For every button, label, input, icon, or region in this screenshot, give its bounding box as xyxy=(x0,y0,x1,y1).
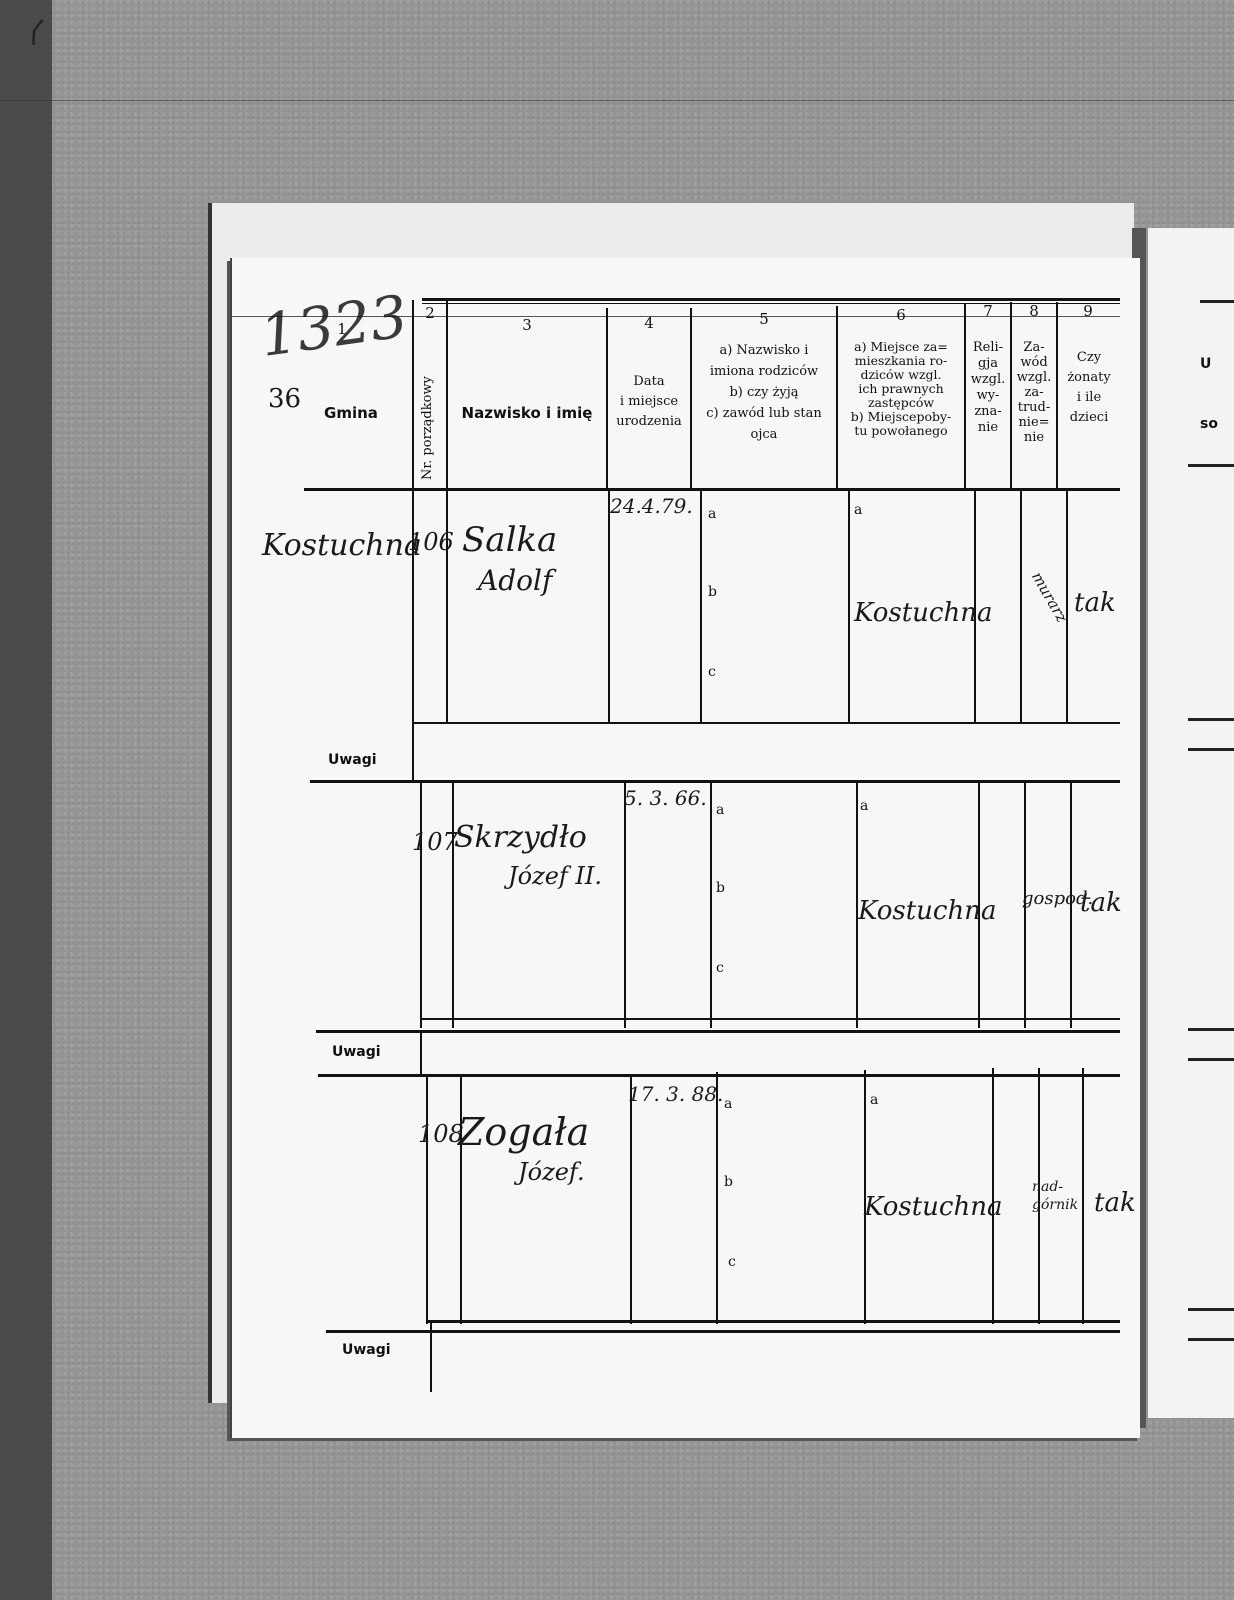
sub-label-a: a xyxy=(716,802,724,818)
header-line: ich prawnych xyxy=(838,382,964,396)
header-nazwisko-imie: Nazwisko i imię xyxy=(448,406,606,421)
col-divider xyxy=(452,782,454,1028)
header-line: Data xyxy=(608,372,690,392)
header-line: nie xyxy=(1012,430,1056,445)
col-divider xyxy=(412,300,414,490)
header-line: Za- xyxy=(1012,340,1056,355)
right-page-text: so xyxy=(1200,416,1218,432)
header-line: dzieci xyxy=(1058,408,1120,428)
col-divider xyxy=(710,782,712,1028)
married-value: tak xyxy=(1080,888,1122,918)
given-name-value: Józef. xyxy=(518,1158,585,1186)
header-line: dziców wzgl. xyxy=(838,368,964,382)
header-line: tu powołanego xyxy=(838,424,964,438)
col-number: 5 xyxy=(692,310,836,328)
married-value: tak xyxy=(1094,1188,1136,1218)
occupation-value: murarz xyxy=(1028,569,1071,626)
residence-value: Kostuchna xyxy=(864,1192,1002,1222)
sub-label-a: a xyxy=(708,506,716,522)
header-line: i miejsce xyxy=(608,392,690,412)
remarks-bottom-rule xyxy=(310,780,1120,783)
remarks-label: Uwagi xyxy=(328,752,377,768)
header-line: ojca xyxy=(692,424,836,445)
birth-date-value: 17. 3. 88. xyxy=(628,1082,723,1106)
col-divider xyxy=(608,490,610,722)
header-data-urodzenia: Data i miejsce urodzenia xyxy=(608,372,690,432)
header-line: urodzenia xyxy=(608,412,690,432)
sub-label-b: b xyxy=(716,880,725,896)
occupation-value: nad-górnik xyxy=(1032,1178,1080,1214)
rule xyxy=(1188,464,1234,467)
header-zonaty: Czy żonaty i ile dzieci xyxy=(1058,348,1120,428)
header-line: żonaty xyxy=(1058,368,1120,388)
col-number: 6 xyxy=(838,306,964,324)
col-divider xyxy=(1066,490,1068,722)
surname-value: Skrzydło xyxy=(454,820,587,855)
residence-value: Kostuchna xyxy=(858,896,996,926)
header-miejsce-zamieszkania: a) Miejsce za= mieszkania ro- dziców wzg… xyxy=(838,340,964,438)
header-line: wy- xyxy=(966,388,1010,404)
remarks-field[interactable] xyxy=(432,1334,1120,1390)
remarks-top-rule xyxy=(316,1030,1120,1033)
header-line: c) zawód lub stan xyxy=(692,403,836,424)
residence-value: Kostuchna xyxy=(854,598,992,628)
row-bottom-rule xyxy=(420,1018,1120,1020)
sub-label-a: a xyxy=(854,502,862,518)
col-number: 2 xyxy=(414,304,446,322)
sub-label-a: a xyxy=(860,798,868,814)
remarks-top-rule xyxy=(326,1330,1120,1333)
rule xyxy=(1188,1058,1234,1061)
gmina-value: Kostuchna xyxy=(262,528,422,563)
remarks-label: Uwagi xyxy=(342,1342,391,1358)
rule xyxy=(1188,718,1234,721)
col-divider xyxy=(420,782,422,1028)
surname-value: Zogała xyxy=(458,1110,589,1154)
sub-label-c: c xyxy=(728,1254,736,1270)
nr-value: 108 xyxy=(418,1120,464,1148)
header-line: Czy xyxy=(1058,348,1120,368)
header-line: wzgl. xyxy=(966,372,1010,388)
header-line: mieszkania ro- xyxy=(838,354,964,368)
header-line: i ile xyxy=(1058,388,1120,408)
col-divider xyxy=(624,782,626,1028)
register-page: 1323 36 1 2 3 4 5 6 7 8 9 Gmina Nr. porz… xyxy=(230,258,1140,1438)
col-number: 4 xyxy=(608,314,690,332)
header-nr-porzadkowy: Nr. porządkowy xyxy=(420,350,435,480)
row-bottom-rule xyxy=(412,722,1120,724)
header-line: Reli- xyxy=(966,340,1010,356)
scan-line xyxy=(0,100,1234,101)
col-number: 1 xyxy=(302,320,382,338)
col-divider xyxy=(700,490,702,722)
given-name-value: Adolf xyxy=(478,564,552,597)
header-line: zastępców xyxy=(838,396,964,410)
header-zawod: Za- wód wzgl. za- trud- nie= nie xyxy=(1012,340,1056,445)
rule xyxy=(1200,300,1234,303)
page-number: 36 xyxy=(268,384,301,414)
col-number: 3 xyxy=(448,316,606,334)
remarks-label: Uwagi xyxy=(332,1044,381,1060)
col-divider xyxy=(630,1074,632,1324)
header-line: a) Nazwisko i xyxy=(692,340,836,361)
header-rodzice: a) Nazwisko i imiona rodziców b) czy żyj… xyxy=(692,340,836,445)
header-line: b) Miejscepoby- xyxy=(838,410,964,424)
header-line: nie= xyxy=(1012,415,1056,430)
header-line: imiona rodziców xyxy=(692,361,836,382)
remarks-bottom-rule xyxy=(318,1074,1120,1077)
right-page-fragment: U so xyxy=(1148,228,1234,1418)
sub-label-c: c xyxy=(708,664,716,680)
header-bottom-rule xyxy=(304,488,1120,491)
header-line: gja xyxy=(966,356,1010,372)
col-divider xyxy=(412,490,414,722)
birth-date-value: 24.4.79. xyxy=(610,494,693,518)
remarks-field[interactable] xyxy=(422,1034,1120,1072)
remarks-field[interactable] xyxy=(414,726,1120,778)
rule xyxy=(1188,1338,1234,1341)
col-divider xyxy=(716,1072,718,1324)
right-page-text: U xyxy=(1200,356,1211,372)
col-number: 7 xyxy=(966,302,1010,320)
header-line: a) Miejsce za= xyxy=(838,340,964,354)
header-top-rule xyxy=(422,298,1120,301)
given-name-value: Józef II. xyxy=(508,862,602,890)
header-line: nie xyxy=(966,420,1010,436)
scan-shadow xyxy=(0,0,52,1600)
row-bottom-rule xyxy=(428,1320,1120,1323)
header-religia: Reli- gja wzgl. wy- zna- nie xyxy=(966,340,1010,436)
header-line: trud- xyxy=(1012,400,1056,415)
col-divider xyxy=(1082,1068,1084,1324)
col-number: 9 xyxy=(1058,302,1118,320)
col-divider xyxy=(1020,490,1022,722)
sub-label-b: b xyxy=(708,584,717,600)
header-line: wód xyxy=(1012,355,1056,370)
sub-label-c: c xyxy=(716,960,724,976)
header-line: b) czy żyją xyxy=(692,382,836,403)
married-value: tak xyxy=(1074,588,1116,618)
surname-value: Salka xyxy=(462,520,557,560)
header-line: wzgl. xyxy=(1012,370,1056,385)
sub-label-a: a xyxy=(870,1092,878,1108)
nr-value: 106 xyxy=(408,528,454,556)
sub-label-a: a xyxy=(724,1096,732,1112)
header-line: zna- xyxy=(966,404,1010,420)
rule xyxy=(1188,1028,1234,1031)
header-line: za- xyxy=(1012,385,1056,400)
col-divider xyxy=(848,490,850,722)
birth-date-value: 5. 3. 66. xyxy=(624,786,707,810)
col-divider xyxy=(426,1076,428,1324)
col-divider xyxy=(446,490,448,722)
col-number: 8 xyxy=(1012,302,1056,320)
rule xyxy=(1188,1308,1234,1311)
rule xyxy=(1188,748,1234,751)
header-gmina: Gmina xyxy=(316,406,386,421)
nr-value: 107 xyxy=(412,828,458,856)
sub-label-b: b xyxy=(724,1174,733,1190)
